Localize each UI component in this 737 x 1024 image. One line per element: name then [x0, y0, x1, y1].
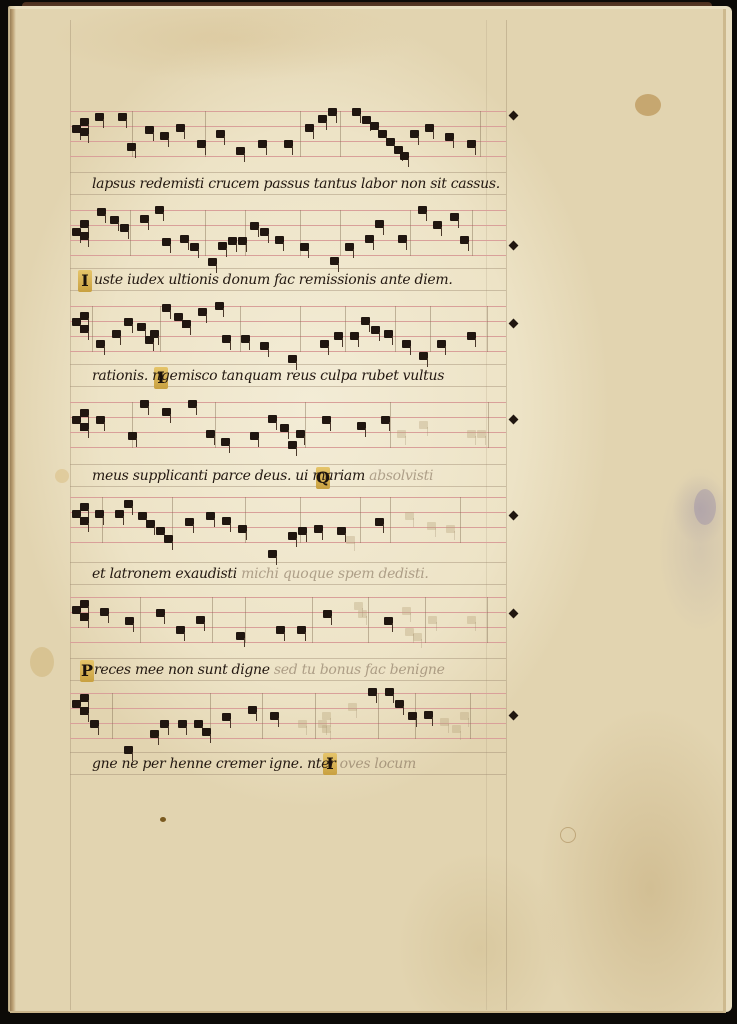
square-neume: [150, 330, 159, 338]
text-guide-line: [70, 584, 506, 585]
square-neume: [190, 243, 199, 251]
square-neume: [96, 416, 105, 424]
square-neume: [288, 532, 297, 540]
square-neume: [125, 617, 134, 625]
square-neume: [357, 422, 366, 430]
staff-line: [70, 642, 506, 643]
square-neume: [467, 332, 476, 340]
square-neume: [275, 236, 284, 244]
square-neume: [460, 236, 469, 244]
faded-neume: [467, 616, 476, 624]
square-neume: [176, 626, 185, 634]
bar-line: [130, 210, 131, 256]
margin-ruling-right-outer: [486, 20, 487, 1010]
margin-ruling-left: [70, 20, 71, 1010]
square-neume: [80, 232, 89, 240]
square-neume: [424, 711, 433, 719]
square-neume: [365, 235, 374, 243]
square-neume: [155, 206, 164, 214]
square-neume: [222, 517, 231, 525]
square-neume: [145, 126, 154, 134]
bar-line: [132, 402, 133, 448]
square-neume: [156, 527, 165, 535]
square-neume: [208, 258, 217, 266]
staff-line: [70, 336, 506, 337]
lyric-text: uste iudex ultionis donum fac remissioni…: [94, 272, 452, 288]
text-guide-line: [70, 680, 506, 681]
square-neume: [236, 147, 245, 155]
staff-line: [70, 512, 506, 513]
square-neume: [280, 424, 289, 432]
square-neume: [288, 355, 297, 363]
purple-stain: [694, 489, 716, 525]
lyric-line: reces mee non sunt digne sed tu bonus fa…: [94, 662, 445, 678]
square-neume: [238, 237, 247, 245]
faded-neume: [322, 725, 331, 733]
square-neume: [395, 700, 404, 708]
square-neume: [384, 617, 393, 625]
bar-line: [315, 693, 316, 739]
lyric-text: reces mee non sunt digne: [94, 662, 270, 678]
bar-line: [460, 497, 461, 543]
square-neume: [352, 108, 361, 116]
bar-line: [300, 111, 301, 157]
square-neume: [124, 318, 133, 326]
square-neume: [162, 304, 171, 312]
square-neume: [218, 242, 227, 250]
lyric-text: et latronem exaudisti: [92, 566, 237, 582]
square-neume: [124, 500, 133, 508]
lyric-text-faded: absolvisti: [365, 468, 433, 484]
square-neume: [80, 118, 89, 126]
faded-neume: [467, 430, 476, 438]
square-neume: [100, 608, 109, 616]
staff-line: [70, 542, 506, 543]
square-neume: [95, 510, 104, 518]
square-neume: [112, 330, 121, 338]
staff-line: [70, 497, 506, 498]
square-neume: [314, 525, 323, 533]
square-neume: [162, 408, 171, 416]
square-neume: [298, 527, 307, 535]
square-neume: [445, 133, 454, 141]
ink-spot: [160, 817, 166, 822]
margin-ruling-right: [506, 20, 507, 1010]
decorated-initial: I: [78, 270, 92, 292]
square-neume: [127, 143, 136, 151]
square-neume: [80, 600, 89, 608]
square-neume: [419, 352, 428, 360]
square-neume: [268, 415, 277, 423]
square-neume: [118, 113, 127, 121]
lyric-line: et latronem exaudisti michi quoque spem …: [92, 566, 429, 582]
faded-neume: [460, 712, 469, 720]
square-neume: [368, 688, 377, 696]
stain-left-margin-upper: [55, 469, 69, 483]
text-guide-line: [70, 172, 506, 173]
square-neume: [323, 610, 332, 618]
bar-line: [430, 306, 431, 352]
bar-line: [305, 402, 306, 448]
bar-line: [360, 497, 361, 543]
square-neume: [328, 108, 337, 116]
square-neume: [96, 340, 105, 348]
square-neume: [216, 130, 225, 138]
staff-line: [70, 210, 506, 211]
square-neume: [110, 216, 119, 224]
decorated-initial: P: [80, 660, 94, 682]
square-neume: [182, 320, 191, 328]
square-neume: [95, 113, 104, 121]
square-neume: [276, 626, 285, 634]
lyric-text-faded: michi quoque spem dedisti.: [237, 566, 429, 582]
square-neume: [238, 525, 247, 533]
square-neume: [384, 330, 393, 338]
staff-line: [70, 126, 506, 127]
square-neume: [80, 517, 89, 525]
square-neume: [322, 416, 331, 424]
square-neume: [160, 720, 169, 728]
text-guide-line: [70, 268, 506, 269]
staff-line: [70, 708, 506, 709]
bar-line: [480, 111, 481, 157]
lyric-line: uste iudex ultionis donum fac remissioni…: [94, 272, 452, 288]
square-neume: [222, 713, 231, 721]
bar-line: [368, 597, 369, 643]
square-neume: [162, 238, 171, 246]
square-neume: [140, 215, 149, 223]
square-neume: [198, 308, 207, 316]
stamp-mark: [560, 827, 576, 843]
faded-neume: [419, 421, 428, 429]
staff-line: [70, 527, 506, 528]
staff-line: [70, 240, 506, 241]
square-neume: [250, 432, 259, 440]
square-neume: [381, 416, 390, 424]
bar-line: [245, 597, 246, 643]
faded-neume: [413, 633, 422, 641]
lyric-text: rationis. ngemisco tanquam reus culpa ru…: [92, 368, 444, 384]
lyric-line: lapsus redemisti crucem passus tantus la…: [92, 176, 500, 192]
staff-line: [70, 321, 506, 322]
square-neume: [128, 432, 137, 440]
square-neume: [288, 441, 297, 449]
square-neume: [400, 152, 409, 160]
bar-line: [160, 306, 161, 352]
lyric-line: gne ne per henne cremer igne. nter oves …: [92, 756, 416, 772]
square-neume: [433, 221, 442, 229]
bar-line: [92, 306, 93, 352]
faded-neume: [428, 616, 437, 624]
square-neume: [375, 518, 384, 526]
square-neume: [260, 228, 269, 236]
text-guide-line: [70, 364, 506, 365]
stain-left-margin: [30, 647, 54, 677]
bar-line: [205, 210, 206, 256]
square-neume: [156, 609, 165, 617]
square-neume: [160, 132, 169, 140]
square-neume: [300, 243, 309, 251]
bar-line: [425, 597, 426, 643]
bar-line: [470, 693, 471, 739]
square-neume: [124, 746, 133, 754]
faded-neume: [440, 718, 449, 726]
square-neume: [80, 707, 89, 715]
square-neume: [398, 235, 407, 243]
faded-neume: [354, 602, 363, 610]
square-neume: [120, 224, 129, 232]
square-neume: [80, 325, 89, 333]
faded-neume: [446, 525, 455, 533]
text-guide-line: [70, 290, 506, 291]
square-neume: [260, 342, 269, 350]
lyric-text-faded: sed tu bonus fac benigne: [270, 662, 445, 678]
square-neume: [268, 550, 277, 558]
square-neume: [370, 122, 379, 130]
staff-line: [70, 402, 506, 403]
stain-top-right: [635, 94, 661, 116]
faded-neume: [348, 703, 357, 711]
square-neume: [196, 616, 205, 624]
staff-line: [70, 255, 506, 256]
staff-line: [70, 627, 506, 628]
faded-neume: [452, 725, 461, 733]
staff-line: [70, 417, 506, 418]
square-neume: [241, 335, 250, 343]
square-neume: [150, 730, 159, 738]
square-neume: [386, 138, 395, 146]
lyric-text-faded: oves locum: [336, 756, 416, 772]
bar-line: [390, 497, 391, 543]
staff-line: [70, 738, 506, 739]
square-neume: [80, 613, 89, 621]
square-neume: [450, 213, 459, 221]
lyric-line: meus supplicanti parce deus. ui mariam a…: [92, 468, 433, 484]
square-neume: [345, 243, 354, 251]
bar-line: [262, 693, 263, 739]
square-neume: [330, 257, 339, 265]
square-neume: [206, 512, 215, 520]
faded-neume: [358, 610, 367, 618]
square-neume: [418, 206, 427, 214]
square-neume: [258, 140, 267, 148]
bar-line: [410, 210, 411, 256]
square-neume: [375, 220, 384, 228]
square-neume: [115, 510, 124, 518]
bar-line: [395, 306, 396, 352]
gutter-shadow: [10, 9, 16, 1011]
square-neume: [137, 323, 146, 331]
square-neume: [176, 124, 185, 132]
staff-line: [70, 306, 506, 307]
square-neume: [138, 512, 147, 520]
bar-line: [300, 306, 301, 352]
square-neume: [80, 220, 89, 228]
text-guide-line: [70, 562, 506, 563]
square-neume: [318, 115, 327, 123]
bar-line: [212, 597, 213, 643]
bar-line: [300, 497, 301, 543]
square-neume: [146, 520, 155, 528]
bar-line: [488, 402, 489, 448]
square-neume: [80, 503, 89, 511]
lyric-line: rationis. ngemisco tanquam reus culpa ru…: [92, 368, 444, 384]
square-neume: [188, 400, 197, 408]
text-guide-line: [70, 658, 506, 659]
faded-neume: [298, 720, 307, 728]
lyric-text: gne ne per henne cremer igne. nter: [92, 756, 336, 772]
bar-line: [140, 597, 141, 643]
square-neume: [296, 430, 305, 438]
square-neume: [337, 527, 346, 535]
bar-line: [487, 306, 488, 352]
square-neume: [385, 688, 394, 696]
square-neume: [228, 237, 237, 245]
square-neume: [202, 728, 211, 736]
bar-line: [340, 111, 341, 157]
faded-neume: [402, 607, 411, 615]
staff-line: [70, 693, 506, 694]
square-neume: [297, 626, 306, 634]
text-guide-line: [70, 386, 506, 387]
square-neume: [140, 400, 149, 408]
square-neume: [334, 332, 343, 340]
square-neume: [250, 222, 259, 230]
square-neume: [80, 312, 89, 320]
bar-line: [112, 693, 113, 739]
square-neume: [90, 720, 99, 728]
square-neume: [236, 632, 245, 640]
bar-line: [472, 210, 473, 256]
bar-line: [487, 597, 488, 643]
square-neume: [248, 706, 257, 714]
square-neume: [402, 340, 411, 348]
square-neume: [197, 140, 206, 148]
square-neume: [80, 128, 89, 136]
square-neume: [194, 720, 203, 728]
square-neume: [350, 332, 359, 340]
square-neume: [185, 518, 194, 526]
text-guide-line: [70, 194, 506, 195]
square-neume: [371, 326, 380, 334]
bar-line: [312, 597, 313, 643]
square-neume: [80, 409, 89, 417]
faded-neume: [405, 512, 414, 520]
faded-neume: [346, 536, 355, 544]
bar-line: [378, 693, 379, 739]
square-neume: [80, 694, 89, 702]
lyric-text: lapsus redemisti crucem passus tantus la…: [92, 176, 500, 192]
faded-neume: [477, 430, 486, 438]
square-neume: [97, 208, 106, 216]
square-neume: [206, 430, 215, 438]
square-neume: [178, 720, 187, 728]
text-guide-line: [70, 486, 506, 487]
text-guide-line: [70, 774, 506, 775]
bar-line: [340, 210, 341, 256]
bar-line: [390, 402, 391, 448]
square-neume: [408, 712, 417, 720]
staff-line: [70, 111, 506, 112]
square-neume: [320, 340, 329, 348]
bar-line: [345, 306, 346, 352]
staff-line: [70, 612, 506, 613]
square-neume: [425, 124, 434, 132]
square-neume: [215, 302, 224, 310]
square-neume: [305, 124, 314, 132]
text-guide-line: [70, 464, 506, 465]
faded-neume: [322, 712, 331, 720]
square-neume: [270, 712, 279, 720]
bar-line: [240, 306, 241, 352]
square-neume: [410, 130, 419, 138]
square-neume: [222, 335, 231, 343]
square-neume: [80, 423, 89, 431]
faded-neume: [427, 522, 436, 530]
square-neume: [437, 340, 446, 348]
square-neume: [221, 438, 230, 446]
staff-line: [70, 597, 506, 598]
bar-line: [215, 402, 216, 448]
square-neume: [378, 130, 387, 138]
faded-neume: [397, 430, 406, 438]
square-neume: [467, 140, 476, 148]
square-neume: [361, 317, 370, 325]
square-neume: [284, 140, 293, 148]
square-neume: [180, 235, 189, 243]
square-neume: [164, 535, 173, 543]
text-guide-line: [70, 752, 506, 753]
lyric-text: meus supplicanti parce deus. ui mariam: [92, 468, 365, 484]
staff-line: [70, 351, 506, 352]
